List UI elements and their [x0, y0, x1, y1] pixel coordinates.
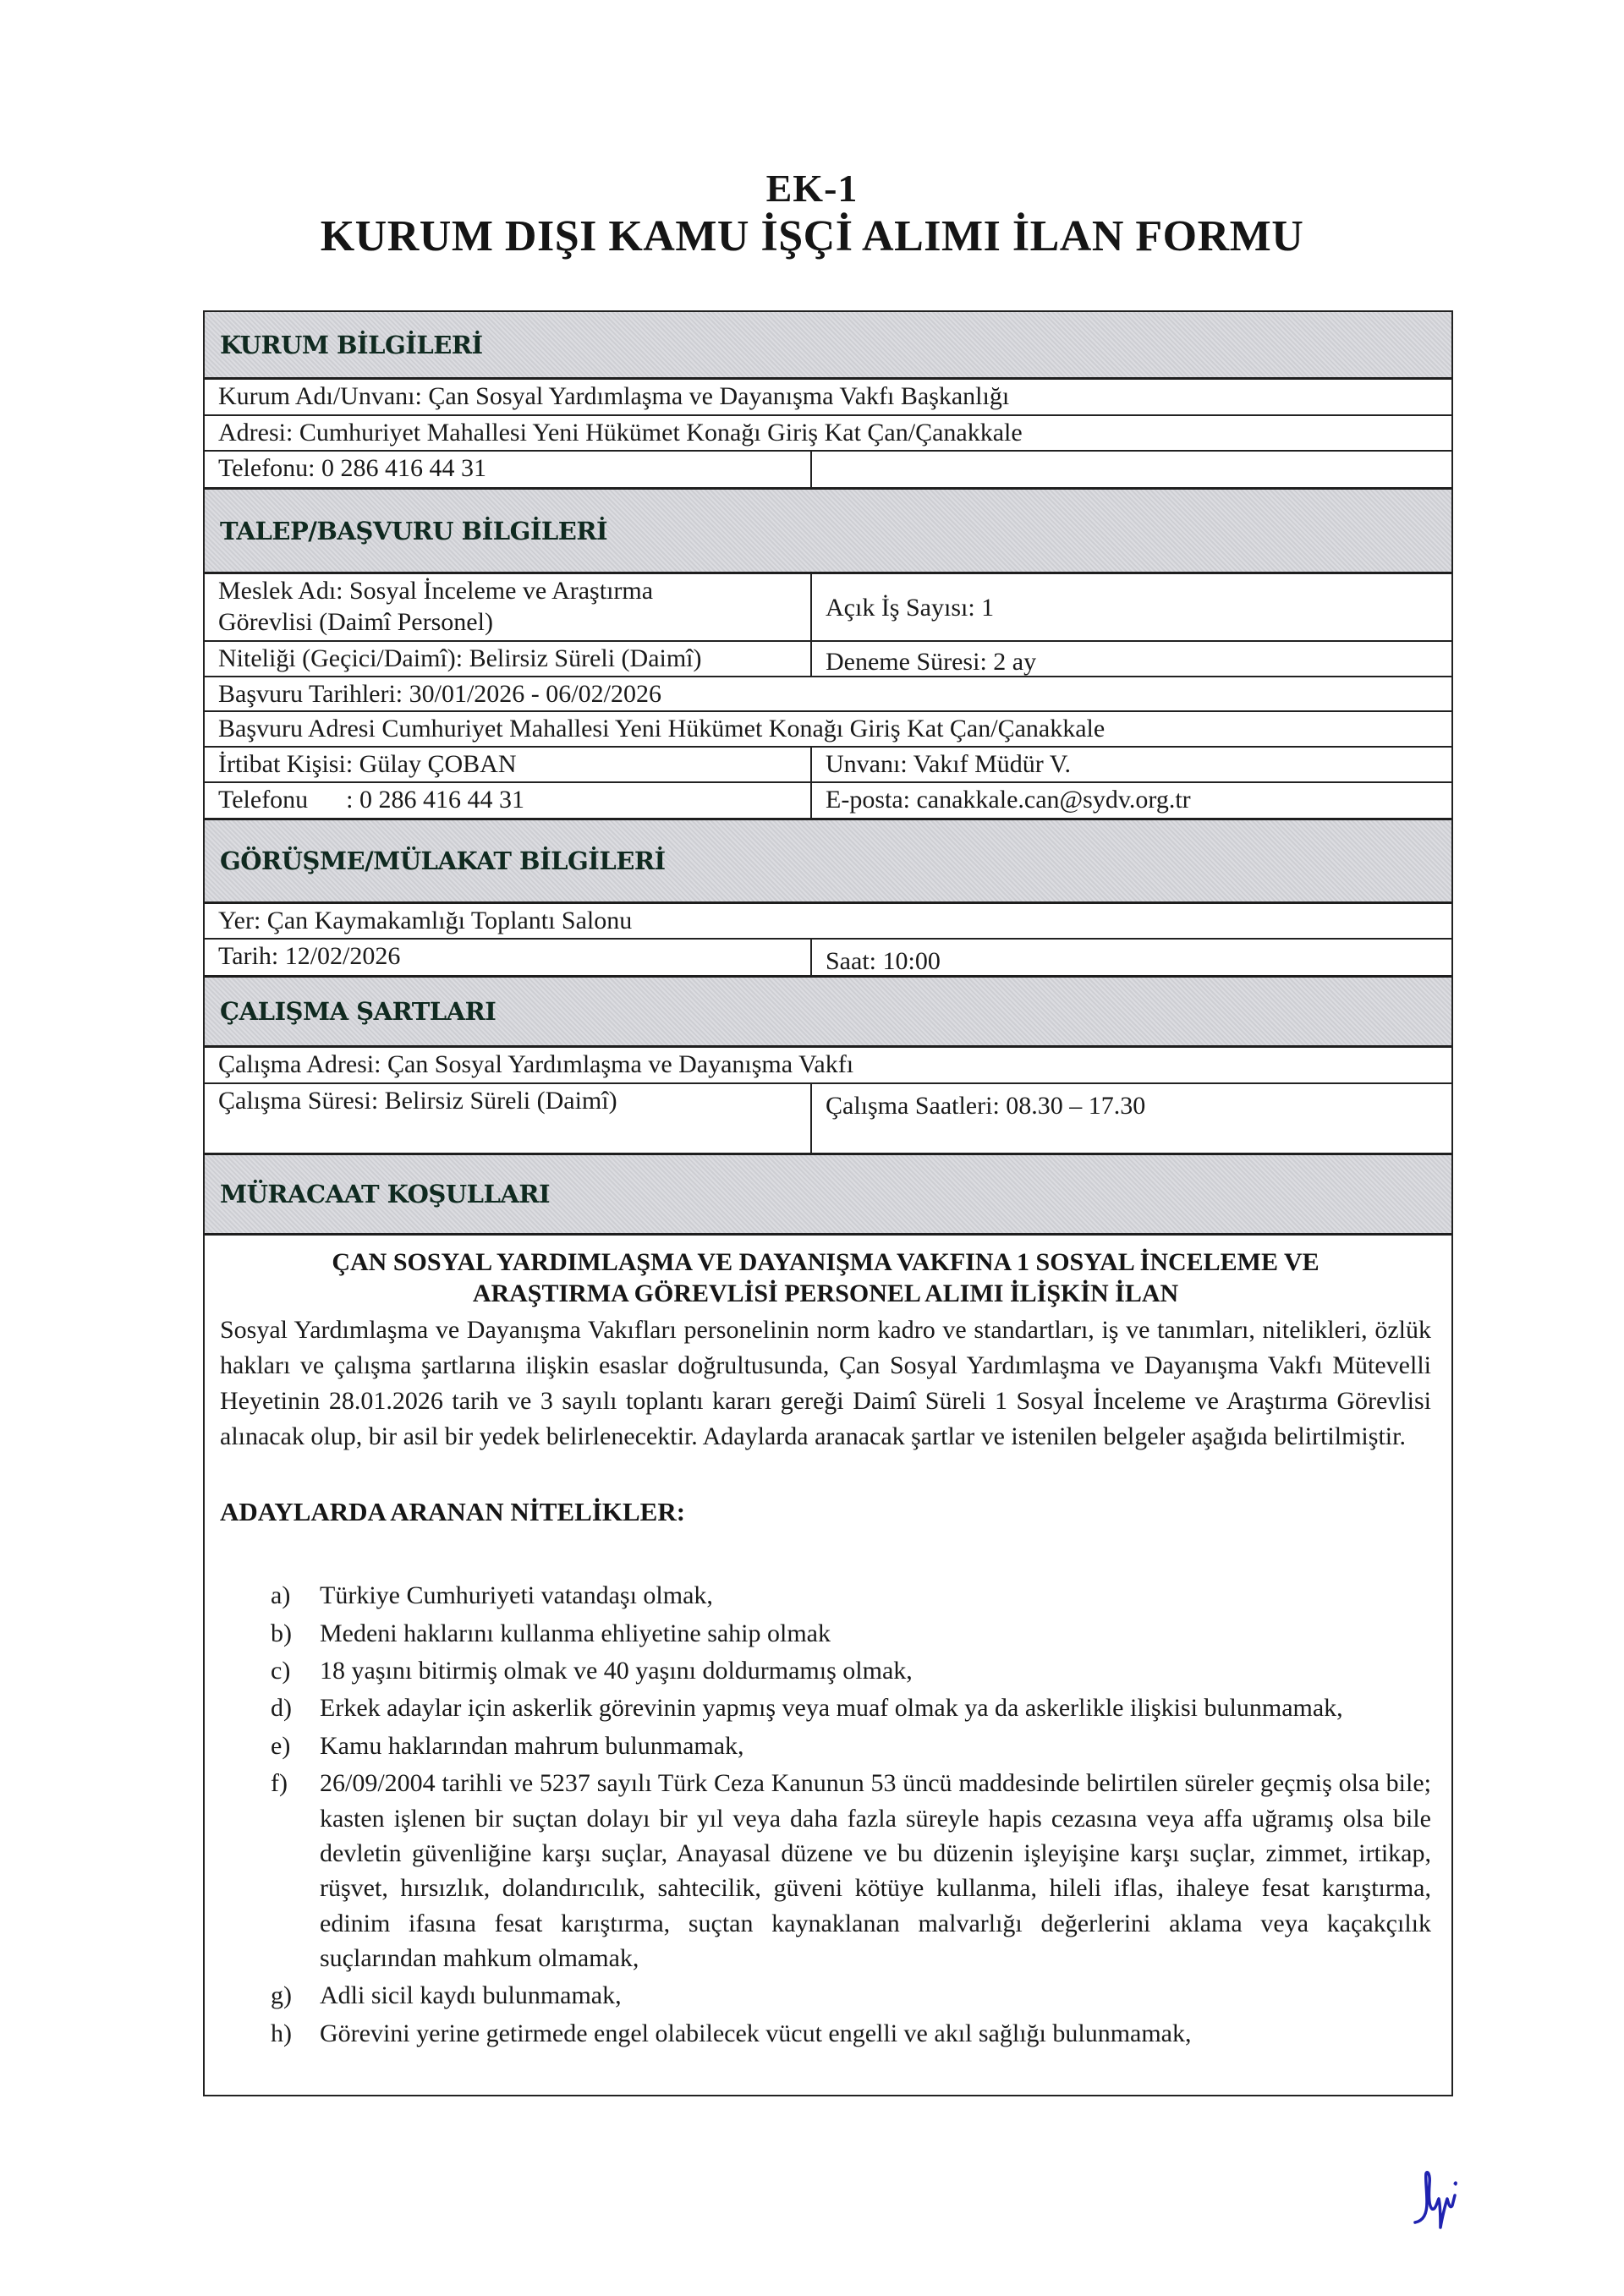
qualification-text: Medeni haklarını kullanma ehliyetine sah… [320, 1616, 1431, 1651]
qualification-marker: g) [271, 1978, 320, 2013]
row-calisma-suresi: Çalışma Süresi: Belirsiz Süreli (Daimî) … [205, 1084, 1451, 1155]
annex-label: EK-1 [0, 166, 1624, 211]
row-telefonu: Telefonu: 0 286 416 44 31 [205, 452, 1451, 490]
irtibat-telefonu-field: Telefonu : 0 286 416 44 31 [205, 783, 812, 818]
section-header-muracaat-kosullari: MÜRACAAT KOŞULLARI [205, 1155, 1451, 1236]
qualification-item: a)Türkiye Cumhuriyeti vatandaşı olmak, [271, 1578, 1431, 1613]
qualification-text: Adli sicil kaydı bulunmamak, [320, 1978, 1431, 2013]
section-header-talep-basvuru: TALEP/BAŞVURU BİLGİLERİ [205, 490, 1451, 574]
niteligi-field: Niteliği (Geçici/Daimî): Belirsiz Süreli… [205, 642, 812, 676]
qualification-marker: b) [271, 1616, 320, 1651]
qualification-marker: e) [271, 1729, 320, 1763]
e-posta-field: E-posta: canakkale.can@sydv.org.tr [812, 783, 1451, 818]
qualification-text: 18 yaşını bitirmiş olmak ve 40 yaşını do… [320, 1653, 1431, 1688]
qualification-item: d)Erkek adaylar için askerlik görevinin … [271, 1690, 1431, 1725]
qualifications-list: a)Türkiye Cumhuriyeti vatandaşı olmak, b… [220, 1578, 1431, 2051]
kurum-telefonu-field: Telefonu: 0 286 416 44 31 [205, 452, 812, 487]
qualification-marker: d) [271, 1690, 320, 1725]
row-calisma-adresi: Çalışma Adresi: Çan Sosyal Yardımlaşma v… [205, 1048, 1451, 1084]
section-header-calisma-sartlari: ÇALIŞMA ŞARTLARI [205, 978, 1451, 1048]
acik-is-sayisi-field: Açık İş Sayısı: 1 [812, 574, 1451, 640]
section-header-kurum-bilgileri: KURUM BİLGİLERİ [205, 312, 1451, 380]
qualification-marker: a) [271, 1578, 320, 1613]
qualification-marker: h) [271, 2016, 320, 2051]
qualification-item: b)Medeni haklarını kullanma ehliyetine s… [271, 1616, 1431, 1651]
row-irtibat-telefonu: Telefonu : 0 286 416 44 31 E-posta: cana… [205, 783, 1451, 820]
row-basvuru-adresi: Başvuru Adresi Cumhuriyet Mahallesi Yeni… [205, 712, 1451, 748]
row-adresi: Adresi: Cumhuriyet Mahallesi Yeni Hüküme… [205, 416, 1451, 452]
irtibat-kisisi-field: İrtibat Kişisi: Gülay ÇOBAN [205, 748, 812, 781]
calisma-saatleri-field: Çalışma Saatleri: 08.30 – 17.30 [812, 1084, 1451, 1153]
muracaat-kosullari-body: ÇAN SOSYAL YARDIMLAŞMA VE DAYANIŞMA VAKF… [205, 1236, 1451, 2095]
qualification-item: e)Kamu haklarından mahrum bulunmamak, [271, 1729, 1431, 1763]
qualification-text: 26/09/2004 tarihli ve 5237 sayılı Türk C… [320, 1766, 1431, 1975]
row-tarih-saat: Tarih: 12/02/2026 Saat: 10:00 [205, 940, 1451, 978]
row-basvuru-tarihleri: Başvuru Tarihleri: 30/01/2026 - 06/02/20… [205, 677, 1451, 712]
qualifications-heading: ADAYLARDA ARANAN NİTELİKLER: [220, 1497, 1431, 1527]
row-irtibat-kisisi: İrtibat Kişisi: Gülay ÇOBAN Unvanı: Vakı… [205, 748, 1451, 783]
qualification-text: Erkek adaylar için askerlik görevinin ya… [320, 1690, 1431, 1725]
row-meslek-adi: Meslek Adı: Sosyal İnceleme ve Araştırma… [205, 574, 1451, 642]
handwritten-signature-icon [1408, 2165, 1484, 2241]
deneme-suresi-field: Deneme Süresi: 2 ay [812, 642, 1451, 676]
basvuru-tarihleri-field: Başvuru Tarihleri: 30/01/2026 - 06/02/20… [205, 677, 1451, 710]
qualification-item: h)Görevini yerine getirmede engel olabil… [271, 2016, 1431, 2051]
kurum-adresi-field: Adresi: Cumhuriyet Mahallesi Yeni Hüküme… [205, 416, 1451, 450]
meslek-adi-field: Meslek Adı: Sosyal İnceleme ve Araştırma… [205, 574, 812, 640]
qualification-marker: c) [271, 1653, 320, 1688]
document-title: KURUM DIŞI KAMU İŞÇİ ALIMI İLAN FORMU [0, 211, 1624, 261]
qualification-text: Türkiye Cumhuriyeti vatandaşı olmak, [320, 1578, 1431, 1613]
qualification-item: g)Adli sicil kaydı bulunmamak, [271, 1978, 1431, 2013]
qualification-marker: f) [271, 1766, 320, 1975]
mulakat-saati-field: Saat: 10:00 [812, 940, 1451, 975]
row-yer: Yer: Çan Kaymakamlığı Toplantı Salonu [205, 904, 1451, 940]
kurum-adi-field: Kurum Adı/Unvanı: Çan Sosyal Yardımlaşma… [205, 380, 1451, 414]
qualification-text: Kamu haklarından mahrum bulunmamak, [320, 1729, 1431, 1763]
qualification-item: f)26/09/2004 tarihli ve 5237 sayılı Türk… [271, 1766, 1431, 1975]
notice-title: ÇAN SOSYAL YARDIMLAŞMA VE DAYANIŞMA VAKF… [220, 1247, 1431, 1309]
qualification-text: Görevini yerine getirmede engel olabilec… [320, 2016, 1431, 2051]
notice-body-paragraph: Sosyal Yardımlaşma ve Dayanışma Vakıflar… [220, 1312, 1431, 1455]
basvuru-adresi-field: Başvuru Adresi Cumhuriyet Mahallesi Yeni… [205, 712, 1451, 746]
row-niteligi: Niteliği (Geçici/Daimî): Belirsiz Süreli… [205, 642, 1451, 677]
kurum-telefonu-empty-cell [812, 452, 1451, 487]
mulakat-yeri-field: Yer: Çan Kaymakamlığı Toplantı Salonu [205, 904, 1451, 938]
calisma-suresi-field: Çalışma Süresi: Belirsiz Süreli (Daimî) [205, 1084, 812, 1153]
row-kurum-adi: Kurum Adı/Unvanı: Çan Sosyal Yardımlaşma… [205, 380, 1451, 416]
unvani-field: Unvanı: Vakıf Müdür V. [812, 748, 1451, 781]
section-header-gorusme-mulakat: GÖRÜŞME/MÜLAKAT BİLGİLERİ [205, 820, 1451, 904]
qualification-item: c)18 yaşını bitirmiş olmak ve 40 yaşını … [271, 1653, 1431, 1688]
announcement-form-table: KURUM BİLGİLERİ Kurum Adı/Unvanı: Çan So… [203, 310, 1453, 2096]
calisma-adresi-field: Çalışma Adresi: Çan Sosyal Yardımlaşma v… [205, 1048, 1451, 1082]
mulakat-tarihi-field: Tarih: 12/02/2026 [205, 940, 812, 975]
